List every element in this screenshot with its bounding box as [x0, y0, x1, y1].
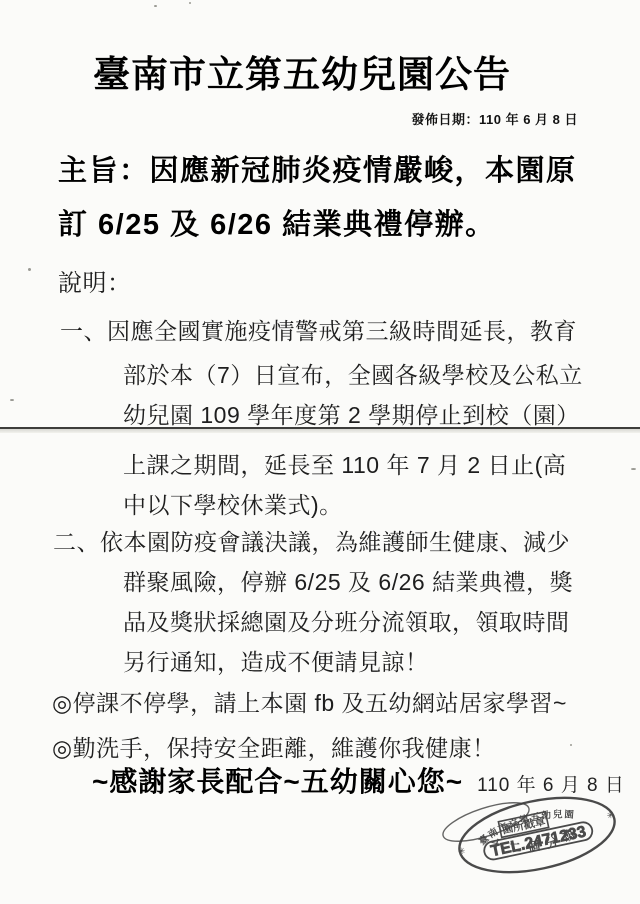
scan-speck [631, 468, 636, 470]
item2-line-1: 二、依本園防疫會議決議，為維護師生健康、減少 [53, 524, 570, 557]
item2-line-2: 群聚風險，停辦 6/25 及 6/26 結業典禮，獎 [123, 564, 573, 597]
subject-line-1: 主旨：因應新冠肺炎疫情嚴峻，本園原 [58, 148, 577, 189]
stamp-svg: 臺南市立第五幼兒園 園所戳章 TEL.2471233 ✳ ✳ 十二個分班 [441, 786, 635, 890]
item1-line-4: 上課之期間，延長至 110 年 7 月 2 日止(高 [123, 447, 566, 480]
note-line-1: ◎停課不停學，請上本園 fb 及五幼網站居家學習~ [52, 685, 567, 718]
closing-thanks-text: ~感謝家長配合~五幼關心您~ [92, 766, 463, 797]
scan-speck [28, 268, 31, 271]
official-stamp: 臺南市立第五幼兒園 園所戳章 TEL.2471233 ✳ ✳ 十二個分班 [441, 786, 635, 890]
scan-artifact-shadow [0, 429, 640, 433]
stamp-flower-left-icon: ✳ [457, 845, 467, 856]
scan-speck [10, 399, 14, 401]
note-line-2: ◎勤洗手，保持安全距離，維護你我健康！ [52, 730, 496, 763]
stamp-flower-right-icon: ✳ [606, 810, 616, 821]
item1-line-2: 部於本（7）日宣布，全國各級學校及公私立 [123, 357, 583, 390]
page-title: 臺南市立第五幼兒園公告 [0, 44, 622, 98]
item1-line-1: 一、因應全國實施疫情警戒第三級時間延長，教育 [60, 313, 577, 346]
scan-speck [570, 744, 572, 746]
item2-line-3: 品及獎狀採總園及分班分流領取，領取時間 [123, 604, 570, 637]
subject-line-2: 訂 6/25 及 6/26 結業典禮停辦。 [58, 202, 496, 243]
scan-speck [189, 2, 191, 4]
explanation-label: 說明： [58, 263, 132, 298]
item1-line-5: 中以下學校休業式)。 [123, 487, 343, 520]
item2-line-4: 另行通知，造成不便請見諒！ [123, 644, 429, 677]
scanned-announcement-page: 臺南市立第五幼兒園公告 發佈日期：110 年 6 月 8 日 主旨：因應新冠肺炎… [0, 0, 640, 904]
publish-date: 發佈日期：110 年 6 月 8 日 [412, 109, 579, 128]
item1-line-3: 幼兒園 109 學年度第 2 學期停止到校（園） [123, 397, 580, 430]
scan-speck [154, 5, 157, 7]
